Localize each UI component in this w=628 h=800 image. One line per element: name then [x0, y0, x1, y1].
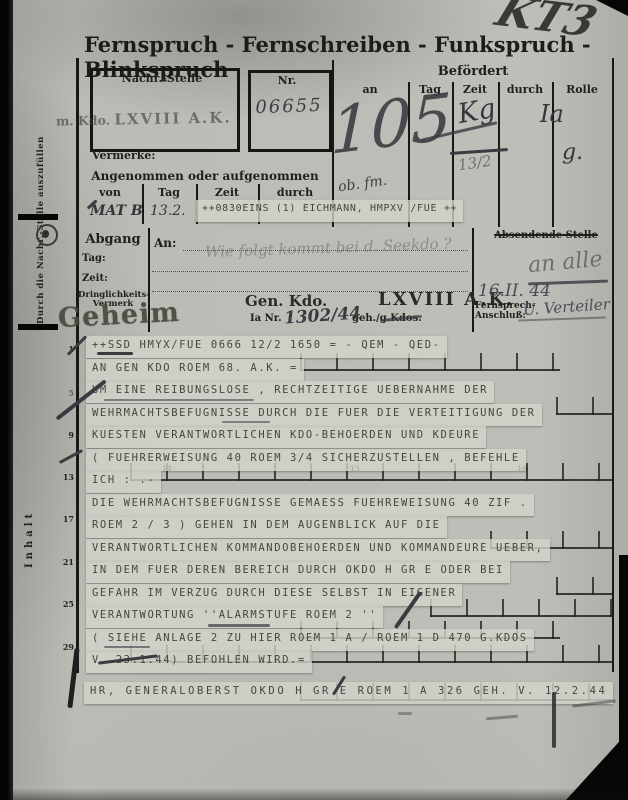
angenommen-col-durch: durch	[258, 186, 332, 199]
message-line: GEFAHR IM VERZUG DURCH DIESE SELBST IN E…	[86, 584, 462, 606]
abgang-row-line2	[78, 268, 148, 270]
pencil-underline-alarmstufe	[208, 624, 270, 627]
befoerdert-hw-note: ob. fm.	[337, 173, 388, 196]
message-line: ( FUEHRERWEISUNG 40 ROEM 3/4 SICHERZUSTE…	[86, 449, 526, 471]
angenommen-von-value: MAT B	[90, 203, 143, 219]
befoerdert-title: Befördert	[334, 64, 612, 79]
angenommen-zeit-durch-strip: ++0830EINS (1) EICHMANN, HMPXV /FUE ++	[196, 200, 463, 222]
befoerdert-title-underline	[332, 80, 612, 82]
paper-edge-bottom-shade	[13, 788, 628, 800]
befoerdert-col-durch: durch	[498, 83, 552, 96]
angenommen-col-zeit: Zeit	[196, 186, 258, 199]
form-left-border	[76, 58, 79, 673]
margin-line-number: 9	[58, 430, 74, 440]
an-alle-handwritten: an alle	[527, 247, 603, 278]
margin-bar	[18, 214, 58, 220]
angenommen-bottom-thick	[78, 224, 460, 229]
befoerdert-hw-g: g.	[562, 140, 583, 165]
absendende-underline	[478, 244, 614, 246]
befoerdert-hw-132: 13/2	[457, 152, 493, 175]
margin-line-number: 17	[58, 514, 74, 524]
abgang-stamp-ianr-value: 1302/44	[283, 303, 361, 328]
message-line: WEHRMACHTSBEFUGNISSE DURCH DIE FUER DIE …	[86, 404, 542, 426]
abgang-zeit-label: Zeit:	[82, 273, 108, 284]
absendende-label: Absendende Stelle	[480, 230, 612, 241]
pencil-underline-ssd	[97, 352, 133, 355]
margin-line-number: 5	[58, 388, 74, 398]
margin-line-number: 21	[58, 557, 74, 567]
tick-row	[556, 397, 612, 415]
an-dotted-line2	[152, 259, 468, 272]
unit-stamp-faint: m. Kdo. LXVIII A.K.	[56, 108, 232, 129]
vermerke-label: Vermerke:	[92, 149, 155, 162]
message-line: IN DEM FUER DEREN BEREICH DURCH OKDO H G…	[86, 561, 510, 583]
margin-line-number: 13	[58, 472, 74, 482]
message-line: VERANTWORTLICHEN KOMMANDOBEHOERDEN UND K…	[86, 539, 550, 561]
pencil-underline-l3	[104, 399, 254, 401]
form-right-border	[612, 58, 614, 672]
margin-circle-dot	[42, 230, 49, 238]
abgang-tag-label: Tag:	[82, 253, 106, 264]
message-line: ICH : .-	[86, 471, 161, 493]
margin-vertical-instruction: Durch die Nachr.-Stelle auszufüllen	[36, 62, 50, 324]
message-line: DIE WEHRMACHTSBEFUGNISSE GEMAESS FUEHREW…	[86, 494, 534, 516]
margin-vertical-inhalt: Inhalt	[24, 472, 40, 568]
unit-stamp-prefix: m. Kdo.	[56, 113, 110, 129]
angenommen-title: Angenommen oder aufgenommen	[78, 169, 332, 183]
abgang-stamp-ianr: Ia Nr.	[250, 313, 282, 324]
nr-value-handwritten: 06655	[254, 95, 325, 118]
pencil-margin-vertical	[67, 648, 79, 708]
angenommen-col-von: von	[78, 186, 142, 199]
befoerdert-col-rolle: Rolle	[552, 83, 612, 96]
message-line: ++SSD HMYX/FUE 0666 12/2 1650 = - QEM - …	[86, 336, 447, 358]
pencil-margin-check	[59, 449, 83, 464]
paper-edge-left	[0, 0, 13, 800]
tick-row	[556, 577, 612, 595]
message-line: KUESTEN VERANTWORTLICHEN KDO-BEHOERDEN U…	[86, 426, 486, 448]
message-line: HR, GENERALOBERST OKDO H GR E ROEM 1 A 3…	[84, 682, 613, 704]
unit-stamp-unit: LXVIII A.K.	[114, 108, 232, 128]
form-top-border	[76, 58, 614, 62]
angenommen-col-tag: Tag	[142, 186, 196, 199]
margin-line-number: 25	[58, 599, 74, 609]
margin-bar	[18, 324, 58, 330]
margin-line-number: 29	[58, 642, 74, 652]
message-line: ROEM 2 / 3 ) GEHEN IN DEM AUGENBLICK AUF…	[86, 516, 447, 538]
abgang-label: Abgang	[78, 232, 148, 247]
telegram-form-scan: Durch die Nachr.-Stelle auszufüllen Inha…	[0, 0, 628, 800]
nr-label: Nr.	[248, 74, 326, 87]
nachr-stelle-label: Nachr.-Stelle	[90, 72, 234, 85]
pencil-underline-l4	[222, 421, 270, 423]
abgang-bottom-thick	[76, 330, 614, 335]
message-line: AN GEN KDO ROEM 68. A.K. =	[86, 359, 304, 381]
geheim-stamp: Geheim	[57, 297, 180, 334]
an-label: An:	[154, 236, 176, 250]
befoerdert-div3	[498, 82, 500, 227]
befoerdert-hw-105: 105	[330, 80, 453, 170]
message-line: ( SIEHE ANLAGE 2 ZU HIER ROEM 1 A / ROEM…	[86, 629, 534, 651]
pencil-bottom-squiggle	[486, 715, 518, 720]
befoerdert-hw-ia: Ia	[540, 100, 564, 128]
pencil-bottom-vertical	[552, 692, 556, 748]
abgang-row-line1	[78, 248, 148, 250]
angenommen-tag-value: 13.2.	[150, 203, 186, 219]
pencil-underline-siehe	[104, 646, 150, 648]
pencil-bottom-dash	[398, 712, 412, 715]
abgang-top-line-right	[460, 226, 614, 229]
